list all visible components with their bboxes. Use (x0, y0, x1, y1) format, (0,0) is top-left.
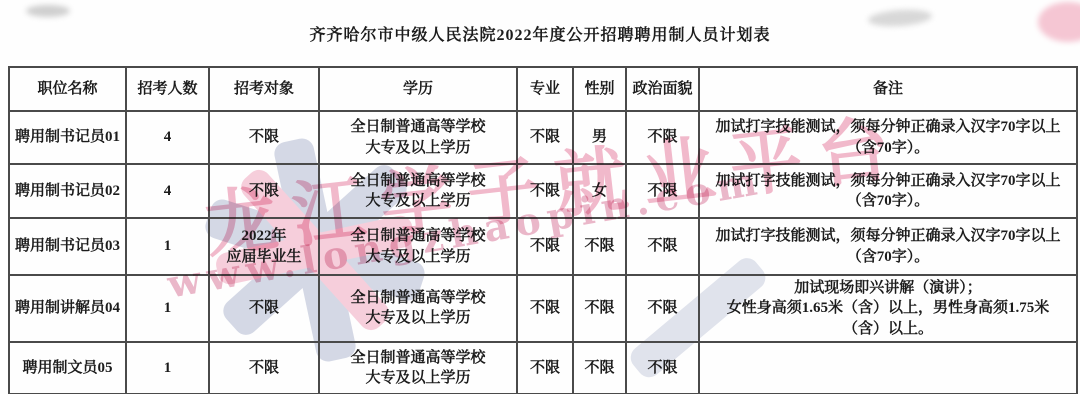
cell-political: 不限 (626, 111, 699, 164)
cell-target: 不限 (209, 164, 319, 218)
header-count: 招考人数 (126, 67, 209, 111)
cell-position: 聘用制书记员02 (9, 164, 126, 218)
cell-remark: 加试打字技能测试，须每分钟正确录入汉字70字以上 （含70字）。 (699, 111, 1077, 164)
header-major: 专业 (517, 67, 573, 111)
cell-education: 全日制普通高等学校 大专及以上学历 (319, 342, 517, 394)
cell-count: 4 (126, 164, 209, 218)
cell-count: 1 (126, 218, 209, 275)
cell-count: 4 (126, 111, 209, 164)
header-remark: 备注 (699, 67, 1077, 111)
cell-count: 1 (126, 275, 209, 342)
cell-major: 不限 (517, 164, 573, 218)
cell-gender: 不限 (573, 218, 626, 275)
document-page: 齐齐哈尔市中级人民法院2022年度公开招聘聘用制人员计划表 职位名称 招考人数 … (0, 0, 1080, 394)
cell-major: 不限 (517, 218, 573, 275)
table-row: 聘用制书记员02 4 不限 全日制普通高等学校 大专及以上学历 不限 女 不限 … (9, 164, 1077, 218)
scan-smudge (26, 5, 70, 17)
table-row: 聘用制书记员01 4 不限 全日制普通高等学校 大专及以上学历 不限 男 不限 … (9, 111, 1077, 164)
cell-remark (699, 342, 1077, 394)
cell-education: 全日制普通高等学校 大专及以上学历 (319, 164, 517, 218)
header-education: 学历 (319, 67, 517, 111)
recruitment-plan-table: 职位名称 招考人数 招考对象 学历 专业 性别 政治面貌 备注 聘用制书记员01… (8, 66, 1078, 394)
cell-position: 聘用制书记员03 (9, 218, 126, 275)
cell-political: 不限 (626, 342, 699, 394)
table-row: 聘用制讲解员04 1 不限 全日制普通高等学校 大专及以上学历 不限 不限 不限… (9, 275, 1077, 342)
table-row: 聘用制文员05 1 不限 全日制普通高等学校 大专及以上学历 不限 不限 不限 (9, 342, 1077, 394)
cell-gender: 不限 (573, 275, 626, 342)
cell-position: 聘用制讲解员04 (9, 275, 126, 342)
cell-target: 2022年 应届毕业生 (209, 218, 319, 275)
cell-major: 不限 (517, 111, 573, 164)
cell-gender: 女 (573, 164, 626, 218)
cell-remark: 加试打字技能测试，须每分钟正确录入汉字70字以上 （含70字）。 (699, 218, 1077, 275)
cell-major: 不限 (517, 342, 573, 394)
cell-count: 1 (126, 342, 209, 394)
cell-education: 全日制普通高等学校 大专及以上学历 (319, 218, 517, 275)
cell-position: 聘用制文员05 (9, 342, 126, 394)
cell-gender: 不限 (573, 342, 626, 394)
cell-political: 不限 (626, 218, 699, 275)
table-row: 聘用制书记员03 1 2022年 应届毕业生 全日制普通高等学校 大专及以上学历… (9, 218, 1077, 275)
cell-remark: 加试打字技能测试，须每分钟正确录入汉字70字以上 （含70字）。 (699, 164, 1077, 218)
page-title: 齐齐哈尔市中级人民法院2022年度公开招聘聘用制人员计划表 (0, 22, 1080, 45)
header-position: 职位名称 (9, 67, 126, 111)
cell-target: 不限 (209, 342, 319, 394)
header-gender: 性别 (573, 67, 626, 111)
header-political: 政治面貌 (626, 67, 699, 111)
cell-gender: 男 (573, 111, 626, 164)
cell-education: 全日制普通高等学校 大专及以上学历 (319, 275, 517, 342)
header-target: 招考对象 (209, 67, 319, 111)
cell-major: 不限 (517, 275, 573, 342)
cell-political: 不限 (626, 164, 699, 218)
cell-remark: 加试现场即兴讲解（演讲）； 女性身高须1.65米（含）以上，男性身高须1.75米… (699, 275, 1077, 342)
cell-education: 全日制普通高等学校 大专及以上学历 (319, 111, 517, 164)
cell-target: 不限 (209, 111, 319, 164)
cell-position: 聘用制书记员01 (9, 111, 126, 164)
table-header-row: 职位名称 招考人数 招考对象 学历 专业 性别 政治面貌 备注 (9, 67, 1077, 111)
cell-political: 不限 (626, 275, 699, 342)
cell-target: 不限 (209, 275, 319, 342)
